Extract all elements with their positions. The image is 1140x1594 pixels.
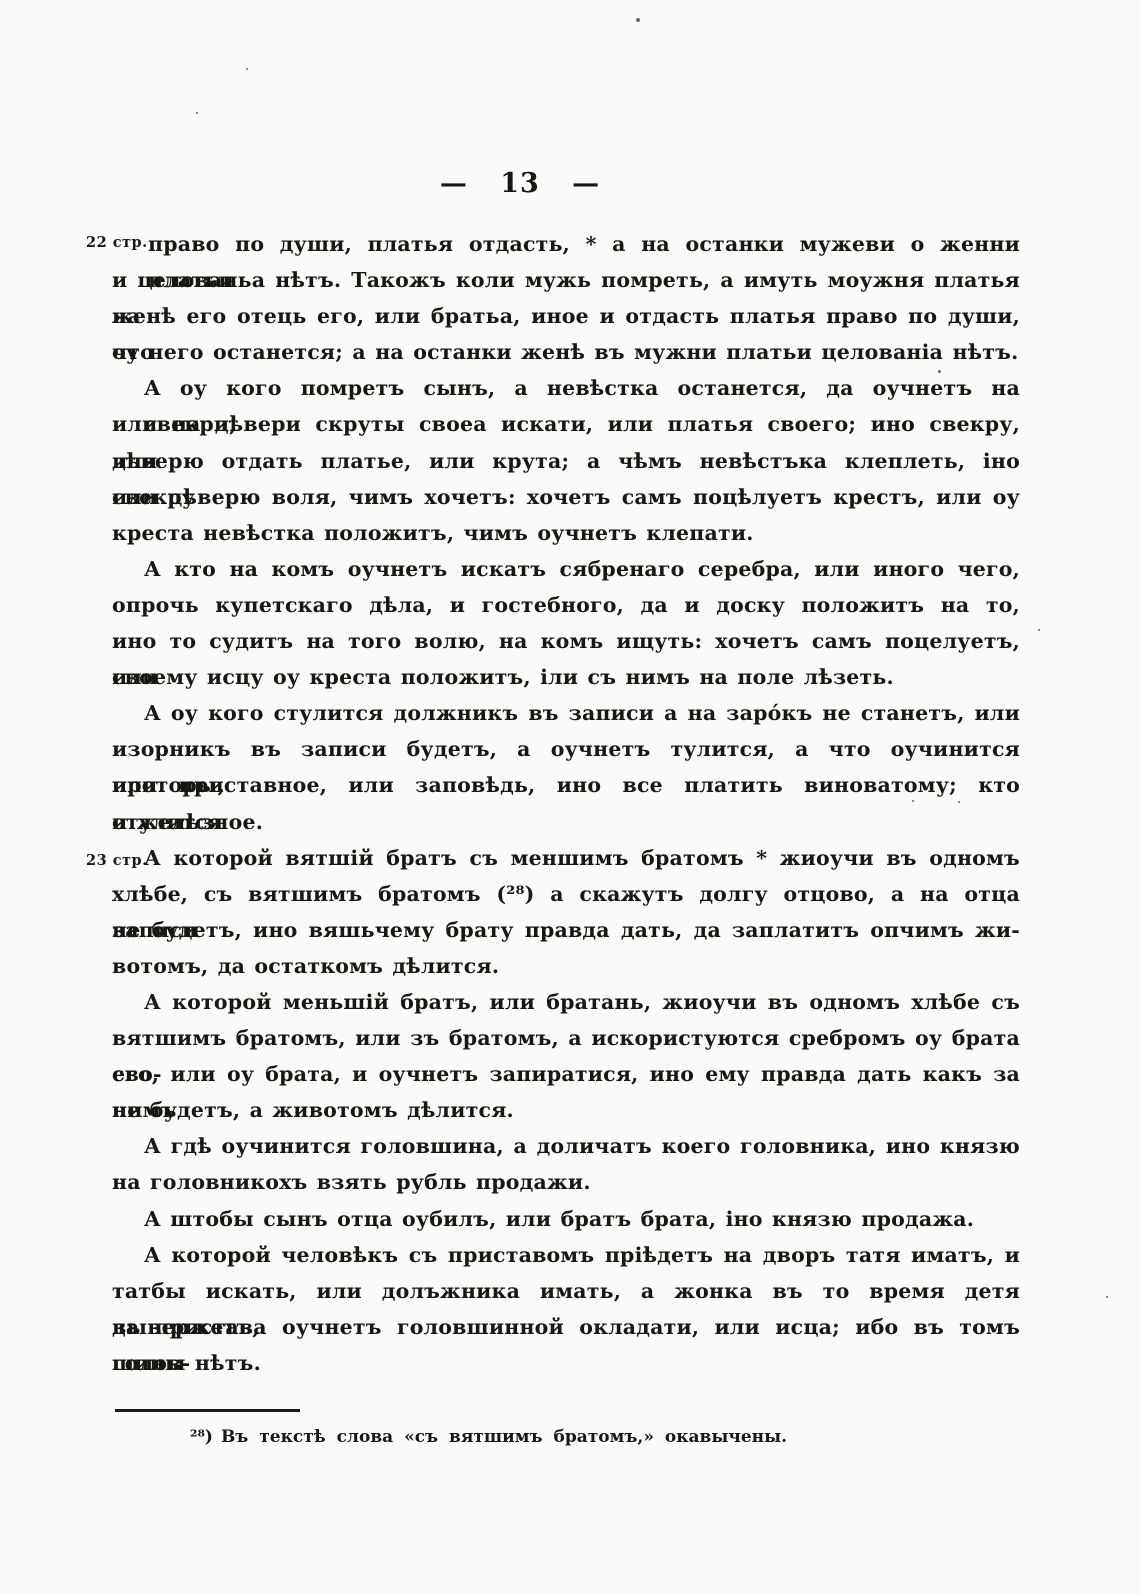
footnote-divider bbox=[115, 1409, 300, 1412]
text-line: женѣ его отець его, или братьа, иное и о… bbox=[112, 298, 1020, 334]
paragraph: А штобы сынъ отца оубилъ, или братъ брат… bbox=[112, 1201, 1020, 1237]
text-line: изорникъ въ записи будетъ, а оучнетъ тул… bbox=[112, 731, 1020, 767]
scan-speck bbox=[1106, 1296, 1108, 1298]
scan-speck bbox=[934, 715, 937, 718]
text-line: или приставное, или заповѣдь, ино все пл… bbox=[112, 767, 1020, 803]
paragraph: А которой человѣкъ съ приставомъ пріѣдет… bbox=[112, 1237, 1020, 1381]
text-line: А штобы сынъ отца оубилъ, или братъ брат… bbox=[112, 1201, 1020, 1237]
paragraph: А оу кого стулится должникъ въ записи а … bbox=[112, 695, 1020, 839]
text-line: да пристава оучнетъ головшинной окладати… bbox=[112, 1309, 1020, 1345]
text-line: А гдѣ оучинится головшина, а доличатъ ко… bbox=[112, 1128, 1020, 1164]
text-line: право по души, платья отдасть, * а на ос… bbox=[112, 226, 1020, 262]
text-line: вятшимъ братомъ, или зъ братомъ, а искор… bbox=[112, 1020, 1020, 1056]
text-line: креста невѣстка положитъ, чимъ оучнетъ к… bbox=[112, 515, 1020, 551]
text-line: А оу кого помретъ сынъ, а невѣстка остан… bbox=[112, 370, 1020, 406]
text-line: и целованьа нѣтъ. Такожъ коли мужь помре… bbox=[112, 262, 1020, 298]
text-line: А которой вятшій братъ съ меншимъ братом… bbox=[112, 840, 1020, 876]
text-line: не будетъ, ино вяшьчему брату правда дат… bbox=[112, 912, 1020, 948]
scan-speck bbox=[196, 112, 198, 114]
text-line: или на дѣвери скруты своеа искати, или п… bbox=[112, 406, 1020, 442]
footnote-text: Въ текстѣ слова «съ вятшимъ братомъ,» ок… bbox=[221, 1427, 787, 1447]
paragraph: А оу кого помретъ сынъ, а невѣстка остан… bbox=[112, 370, 1020, 550]
body-text: право по души, платья отдасть, * а на ос… bbox=[112, 226, 1020, 1381]
text-line: вотомъ, да остаткомъ дѣлится. bbox=[112, 948, 1020, 984]
scanned-document-page: — 13 — право по души, платья отдасть, * … bbox=[0, 0, 1140, 1594]
text-line: ино то судитъ на того волю, на комъ ищут… bbox=[112, 623, 1020, 659]
text-line: шины нѣтъ. bbox=[112, 1345, 1020, 1381]
footnote: ²⁸)Въ текстѣ слова «съ вятшимъ братомъ,»… bbox=[190, 1424, 950, 1450]
text-line: или дѣверю воля, чимъ хочетъ: хочетъ сам… bbox=[112, 479, 1020, 515]
text-line: хлѣбе, съ вятшимъ братомъ (²⁸) а скажутъ… bbox=[112, 876, 1020, 912]
text-line: своему исцу оу креста положитъ, іли съ н… bbox=[112, 659, 1020, 695]
text-line: на головникохъ взять рубль продажи. bbox=[112, 1164, 1020, 1200]
text-line: дѣверю отдать платье, или крута; а чѣмъ … bbox=[112, 443, 1020, 479]
scan-speck bbox=[636, 18, 640, 22]
footnote-marker: ²⁸) bbox=[190, 1427, 213, 1447]
text-line: А оу кого стулится должникъ въ записи а … bbox=[112, 695, 1020, 731]
text-line: не будетъ, а животомъ дѣлится. bbox=[112, 1092, 1020, 1128]
margin-page-reference: 22 стр. bbox=[86, 234, 148, 251]
scan-speck bbox=[1038, 629, 1040, 631]
paragraph: А гдѣ оучинится головшина, а доличатъ ко… bbox=[112, 1128, 1020, 1200]
text-line: и желѣзное. bbox=[112, 804, 1020, 840]
paragraph: А которой вятшій братъ съ меншимъ братом… bbox=[112, 840, 1020, 984]
paragraph: право по души, платья отдасть, * а на ос… bbox=[112, 226, 1020, 370]
text-line: его, или оу брата, и оучнетъ запиратися,… bbox=[112, 1056, 1020, 1092]
text-line: опрочь купетскаго дѣла, и гостебного, да… bbox=[112, 587, 1020, 623]
scan-speck bbox=[958, 801, 960, 803]
text-line: татбы искать, или долъжника имать, а жон… bbox=[112, 1273, 1020, 1309]
text-line: оу него останется; а на останки женѣ въ … bbox=[112, 334, 1020, 370]
text-line: А кто на комъ оучнетъ искатъ сябренаго с… bbox=[112, 551, 1020, 587]
paragraph: А которой меньшій братъ, или братань, жи… bbox=[112, 984, 1020, 1128]
text-line: А которой меньшій братъ, или братань, жи… bbox=[112, 984, 1020, 1020]
text-line: А которой человѣкъ съ приставомъ пріѣдет… bbox=[112, 1237, 1020, 1273]
scan-speck bbox=[938, 370, 941, 373]
scan-speck bbox=[912, 800, 914, 802]
paragraph: А кто на комъ оучнетъ искатъ сябренаго с… bbox=[112, 551, 1020, 695]
page-number: — 13 — bbox=[0, 168, 1040, 199]
scan-speck bbox=[246, 68, 248, 70]
margin-page-reference: 23 стр. bbox=[86, 852, 148, 869]
